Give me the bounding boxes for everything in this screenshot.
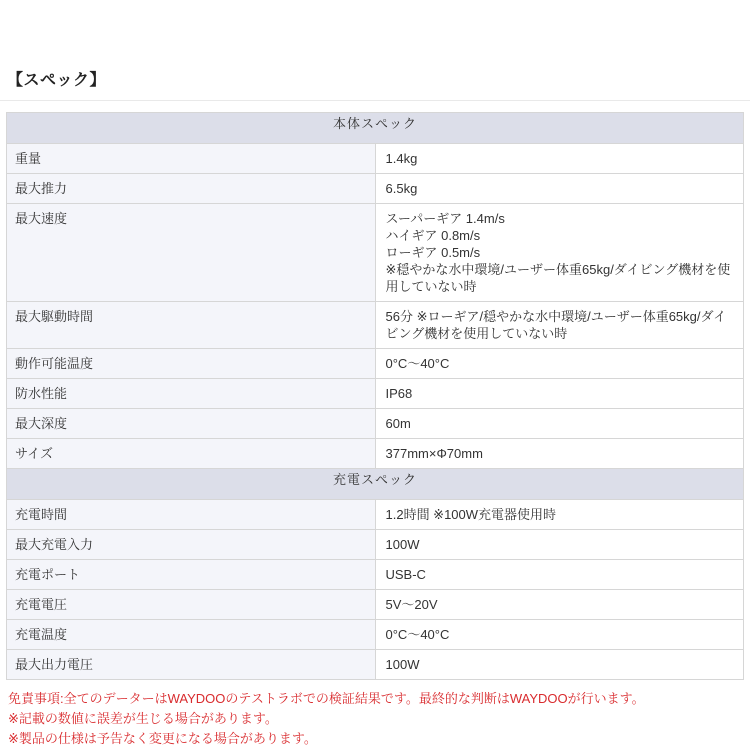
spec-row: 最大推力6.5kg [7, 174, 744, 204]
page-title: 【スペック】 [0, 0, 750, 90]
spec-row-value: 1.2時間 ※100W充電器使用時 [375, 500, 744, 530]
spec-value-line: 60m [386, 415, 734, 432]
spec-row: サイズ377mm×Φ70mm [7, 439, 744, 469]
spec-value-line: IP68 [386, 385, 734, 402]
spec-row-label: 最大推力 [7, 174, 376, 204]
spec-row-value: 56分 ※ローギア/穏やかな水中環境/ユーザー体重65kg/ダイビング機材を使用… [375, 302, 744, 349]
spec-row-value: 100W [375, 530, 744, 560]
spec-row: 重量1.4kg [7, 144, 744, 174]
spec-value-line: ローギア 0.5m/s [386, 244, 734, 261]
spec-row: 最大充電入力100W [7, 530, 744, 560]
disclaimer-line: 免責事項:全てのデーターはWAYDOOのテストラボでの検証結果です。最終的な判断… [8, 689, 750, 709]
spec-row-value: 60m [375, 409, 744, 439]
spec-row-label: 最大深度 [7, 409, 376, 439]
spec-row-label: 充電時間 [7, 500, 376, 530]
spec-row-label: 充電電圧 [7, 590, 376, 620]
spec-row-label: 最大出力電圧 [7, 650, 376, 680]
spec-row: 充電電圧5V〜20V [7, 590, 744, 620]
spec-row-value: 1.4kg [375, 144, 744, 174]
spec-row-label: 充電ポート [7, 560, 376, 590]
section-header: 充電スペック [7, 469, 744, 500]
section-header-row: 充電スペック [7, 469, 744, 500]
disclaimer-line: ※製品の仕様は予告なく変更になる場合があります。 [8, 729, 750, 749]
spec-value-line: 1.2時間 ※100W充電器使用時 [386, 506, 734, 523]
spec-value-line: 6.5kg [386, 180, 734, 197]
spec-row-value: 6.5kg [375, 174, 744, 204]
spec-table-body: 本体スペック重量1.4kg最大推力6.5kg最大速度スーパーギア 1.4m/sハ… [7, 113, 744, 680]
spec-row-label: 重量 [7, 144, 376, 174]
spec-value-line: ※穏やかな水中環境/ユーザー体重65kg/ダイビング機材を使用していない時 [386, 261, 734, 295]
product-spec-page: 【スペック】 本体スペック重量1.4kg最大推力6.5kg最大速度スーパーギア … [0, 0, 750, 750]
spec-row: 動作可能温度0°C〜40°C [7, 349, 744, 379]
spec-value-line: 100W [386, 656, 734, 673]
spec-row: 最大出力電圧100W [7, 650, 744, 680]
spec-row-value: 0°C〜40°C [375, 620, 744, 650]
spec-row: 防水性能IP68 [7, 379, 744, 409]
spec-value-line: 56分 ※ローギア/穏やかな水中環境/ユーザー体重65kg/ダイビング機材を使用… [386, 308, 734, 342]
section-header: 本体スペック [7, 113, 744, 144]
spec-row-value: 0°C〜40°C [375, 349, 744, 379]
spec-value-line: 0°C〜40°C [386, 355, 734, 372]
spec-row: 充電温度0°C〜40°C [7, 620, 744, 650]
spec-table: 本体スペック重量1.4kg最大推力6.5kg最大速度スーパーギア 1.4m/sハ… [6, 112, 744, 680]
spec-row: 充電ポートUSB-C [7, 560, 744, 590]
spec-row-label: 最大速度 [7, 204, 376, 302]
spec-row-label: 最大駆動時間 [7, 302, 376, 349]
spec-value-line: USB-C [386, 566, 734, 583]
spec-value-line: 377mm×Φ70mm [386, 445, 734, 462]
spec-value-line: 100W [386, 536, 734, 553]
spec-row-value: 5V〜20V [375, 590, 744, 620]
spec-row-value: スーパーギア 1.4m/sハイギア 0.8m/sローギア 0.5m/s※穏やかな… [375, 204, 744, 302]
spec-value-line: ハイギア 0.8m/s [386, 227, 734, 244]
spec-value-line: 0°C〜40°C [386, 626, 734, 643]
spec-row-value: IP68 [375, 379, 744, 409]
spec-row-value: USB-C [375, 560, 744, 590]
spec-row-label: 動作可能温度 [7, 349, 376, 379]
spec-row-label: 防水性能 [7, 379, 376, 409]
spec-row-value: 377mm×Φ70mm [375, 439, 744, 469]
spec-row: 最大深度60m [7, 409, 744, 439]
disclaimer-line: ※記載の数値に誤差が生じる場合があります。 [8, 709, 750, 729]
spec-value-line: スーパーギア 1.4m/s [386, 210, 734, 227]
spec-row-label: 充電温度 [7, 620, 376, 650]
section-header-row: 本体スペック [7, 113, 744, 144]
spec-row-value: 100W [375, 650, 744, 680]
spec-row-label: 最大充電入力 [7, 530, 376, 560]
title-divider [0, 100, 750, 101]
spec-value-line: 1.4kg [386, 150, 734, 167]
disclaimer: 免責事項:全てのデーターはWAYDOOのテストラボでの検証結果です。最終的な判断… [8, 689, 750, 749]
spec-row: 最大速度スーパーギア 1.4m/sハイギア 0.8m/sローギア 0.5m/s※… [7, 204, 744, 302]
spec-row-label: サイズ [7, 439, 376, 469]
spec-value-line: 5V〜20V [386, 596, 734, 613]
spec-row: 最大駆動時間56分 ※ローギア/穏やかな水中環境/ユーザー体重65kg/ダイビン… [7, 302, 744, 349]
spec-row: 充電時間1.2時間 ※100W充電器使用時 [7, 500, 744, 530]
